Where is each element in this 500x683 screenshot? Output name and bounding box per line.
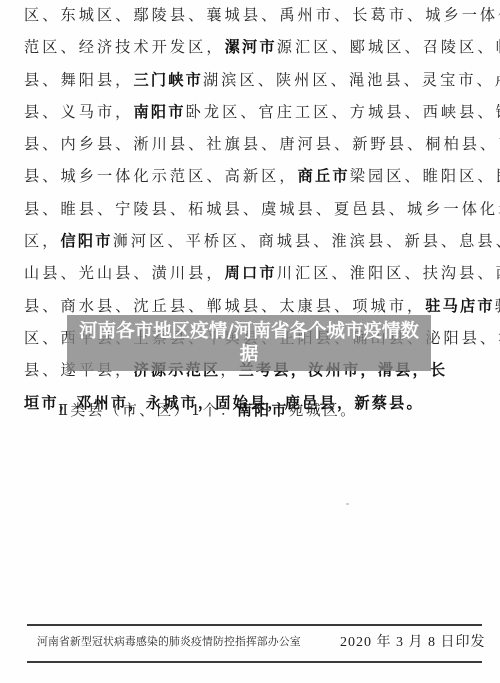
- document-line: 山县、光山县、潢川县，周口市川汇区、淮阳区、扶沟县、西华: [24, 260, 482, 292]
- class-two-prefix: Ⅱ类县（市、区）1个：: [58, 402, 237, 419]
- title-overlay: 河南各市地区疫情/河南省各个城市疫情数据: [67, 315, 431, 371]
- line-text: 区，: [24, 232, 60, 250]
- bold-city-name: 信阳市: [60, 232, 112, 250]
- line-text: 县、睢县、宁陵县、柘城县、虞城县、夏邑县、城乡一体化示范: [24, 200, 500, 218]
- document-page: 区、东城区、鄢陵县、襄城县、禹州市、长葛市、城乡一体化示范区、经济技术开发区，漯…: [0, 0, 500, 683]
- document-line: 范区、经济技术开发区，漯河市源汇区、郾城区、召陵区、临颍: [24, 34, 482, 66]
- bold-city-name: 三门峡市: [133, 71, 203, 89]
- scan-speck: [346, 503, 349, 505]
- line-text: 湖滨区、陕州区、渑池县、灵宝市、卢氏: [203, 71, 500, 89]
- line-text: 区、东城区、鄢陵县、襄城县、禹州市、长葛市、城乡一体化示: [24, 6, 500, 24]
- class-two-county-line: Ⅱ类县（市、区）1个：南阳市宛城区。: [58, 398, 357, 424]
- document-line: 县、内乡县、淅川县、社旗县、唐河县、新野县、桐柏县、南召: [24, 131, 482, 163]
- footer-rule-bottom: [27, 661, 482, 663]
- line-text: 川汇区、淮阳区、扶沟县、西华: [277, 264, 500, 282]
- line-text: 范区、经济技术开发区，: [24, 38, 225, 56]
- footer-date: 2020 年 3 月 8 日印发: [340, 631, 486, 651]
- line-text: 山县、光山县、潢川县，: [24, 264, 225, 282]
- line-text: 县、内乡县、淅川县、社旗县、唐河县、新野县、桐柏县、南召: [24, 135, 500, 153]
- line-text: 源汇区、郾城区、召陵区、临颍: [277, 38, 500, 56]
- document-line: 县、义马市，南阳市卧龙区、官庄工区、方城县、西峡县、镇平: [24, 99, 482, 131]
- document-line: 县、城乡一体化示范区、高新区，商丘市梁园区、睢阳区、民权: [24, 163, 482, 195]
- footer-issuer: 河南省新型冠状病毒感染的肺炎疫情防控指挥部办公室: [37, 634, 301, 649]
- line-text: 驿城: [495, 297, 500, 315]
- document-line: 县、睢县、宁陵县、柘城县、虞城县、夏邑县、城乡一体化示范: [24, 196, 482, 228]
- footer-rule-top: [27, 624, 482, 626]
- line-text: 县、义马市，: [24, 103, 133, 121]
- document-line: 县、舞阳县，三门峡市湖滨区、陕州区、渑池县、灵宝市、卢氏: [24, 67, 482, 99]
- overlay-title: 河南各市地区疫情/河南省各个城市疫情数据: [74, 320, 424, 366]
- line-text: 县、舞阳县，: [24, 71, 133, 89]
- document-line: 区，信阳市浉河区、平桥区、商城县、淮滨县、新县、息县、罗: [24, 228, 482, 260]
- line-text: 浉河区、平桥区、商城县、淮滨县、新县、息县、罗: [113, 232, 500, 250]
- bold-city-name: 周口市: [225, 264, 277, 282]
- line-text: 县、商水县、沈丘县、郸城县、太康县、项城市，: [24, 297, 425, 315]
- line-text: 卧龙区、官庄工区、方城县、西峡县、镇平: [186, 103, 500, 121]
- line-text: 梁园区、睢阳区、民权: [350, 167, 500, 185]
- bold-city-name: 商丘市: [298, 167, 350, 185]
- class-two-city: 南阳市: [237, 402, 289, 419]
- class-two-suffix: 宛城区。: [289, 402, 358, 419]
- bold-city-name: 漯河市: [225, 38, 277, 56]
- bold-city-name: 驻马店市: [425, 297, 495, 315]
- line-text: 县、城乡一体化示范区、高新区，: [24, 167, 298, 185]
- document-line: 区、东城区、鄢陵县、襄城县、禹州市、长葛市、城乡一体化示: [24, 2, 482, 34]
- bold-city-name: 南阳市: [133, 103, 185, 121]
